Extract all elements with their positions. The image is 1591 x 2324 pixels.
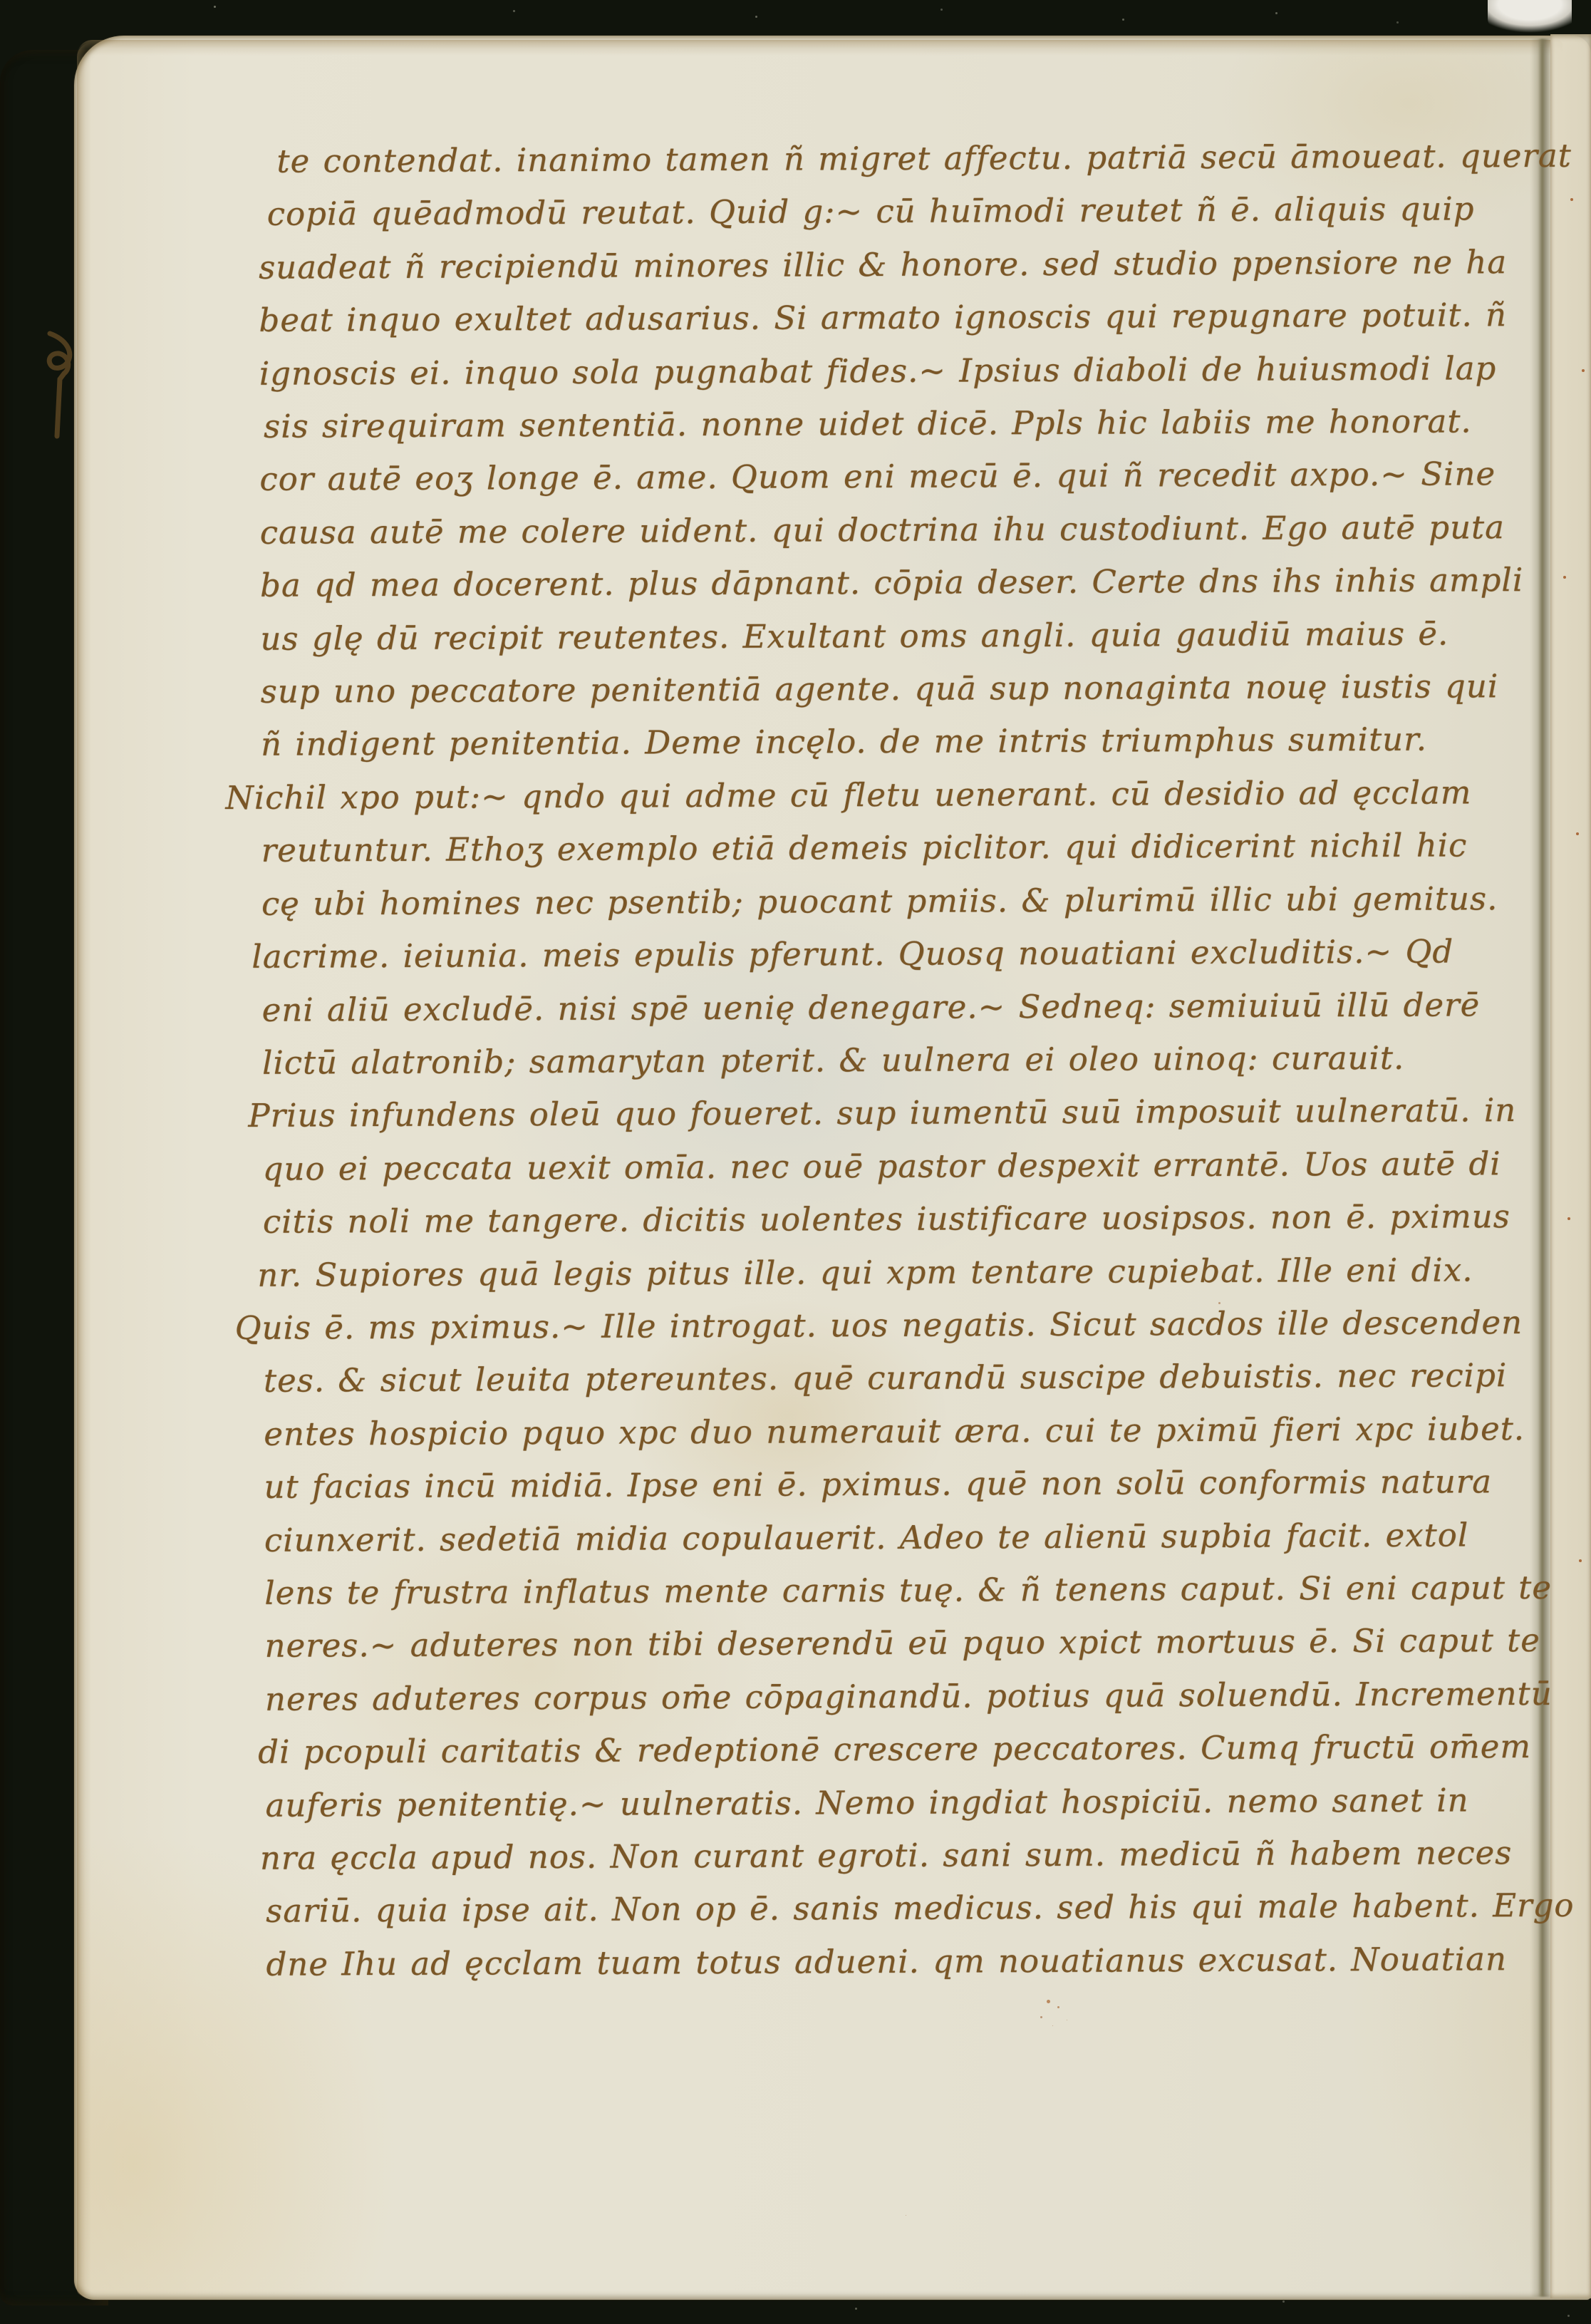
text-line: cor autē eoʒ longe ē. ame. Quom eni mecū… (259, 448, 1478, 507)
manuscript-text-block: te contendat. inanimo tamen ñ migret aff… (258, 130, 1484, 1991)
text-line: nr. Supiores quā legis pitus ille. qui x… (257, 1244, 1481, 1302)
text-line: ba qd mea docerent. plus dāpnant. cōpia … (260, 554, 1478, 613)
text-line: neres.~ aduteres non tibi deserendū eū p… (264, 1615, 1483, 1673)
text-line: entes hospicio pquo xpc duo numerauit ær… (264, 1403, 1482, 1461)
text-lines: te contendat. inanimo tamen ñ migret aff… (258, 130, 1484, 1991)
rust-speck (1567, 1217, 1570, 1220)
text-line: dne Ihu ad ęcclam tuam totus adueni. qm … (266, 1933, 1484, 1991)
text-line: sariū. quia ipse ait. Non op ē. sanis me… (266, 1880, 1484, 1938)
rust-speck (1582, 369, 1585, 372)
fore-edge-crease (1530, 38, 1552, 2297)
text-line: di pcopuli caritatis & redeptionē cresce… (258, 1720, 1483, 1779)
text-line: ignoscis ei. inquo sola pugnabat fides.~… (259, 342, 1478, 401)
rust-speck (1579, 1559, 1582, 1562)
text-line: tes. & sicut leuita ptereuntes. quē cura… (264, 1350, 1482, 1408)
nota-mark-icon (28, 329, 93, 443)
text-line: lacrime. ieiunia. meis epulis pferunt. Q… (252, 925, 1480, 983)
dust-speckles (214, 6, 216, 8)
text-line: neres aduteres corpus om̄e cōpaginandū. … (265, 1668, 1483, 1726)
rust-speck (1563, 576, 1566, 579)
text-line: lictū alatronib; samarytan pterit. & uul… (262, 1031, 1481, 1090)
text-line: auferis penitentię.~ uulneratis. Nemo in… (265, 1774, 1483, 1832)
text-line: cę ubi homines nec psentib; puocant pmii… (261, 872, 1480, 931)
text-line: nra ęccla apud nos. Non curant egroti. s… (260, 1827, 1484, 1885)
text-line: sis sirequiram sententiā. nonne uidet di… (264, 395, 1478, 453)
text-line: ñ indigent penitentia. Deme incęlo. de m… (261, 713, 1479, 772)
adjacent-page-edge (1550, 34, 1591, 2298)
rust-speck (1570, 198, 1573, 201)
text-line: ut facias incū midiā. Ipse eni ē. pximus… (264, 1455, 1482, 1514)
text-line: causa autē me colere uident. qui doctrin… (260, 501, 1478, 559)
ink-speckles (1047, 2000, 1050, 2003)
text-line: suadeat ñ recipiendū minores illic & hon… (259, 236, 1477, 294)
text-line: eni aliū excludē. nisi spē uenię denegar… (262, 978, 1481, 1037)
text-line: Prius infundens oleū quo foueret. sup iu… (248, 1085, 1481, 1143)
text-line: lens te frustra inflatus mente carnis tu… (264, 1561, 1483, 1620)
rust-speck (1576, 832, 1579, 835)
text-line: citis noli me tangere. dicitis uolentes … (263, 1190, 1481, 1249)
text-line: Quis ē. ms pximus.~ Ille introgat. uos n… (234, 1296, 1481, 1355)
page-top-edge-rim (77, 40, 1563, 56)
text-line: us glę dū recipit reutentes. Exultant om… (260, 607, 1478, 666)
text-line: ciunxerit. sedetiā midia copulauerit. Ad… (264, 1509, 1483, 1567)
text-line: te contendat. inanimo tamen ñ migret aff… (276, 130, 1476, 188)
text-line: copiā quēadmodū reutat. Quid g:~ cū huīm… (267, 183, 1477, 242)
text-line: quo ei peccata uexit omīa. nec ouē pasto… (262, 1137, 1481, 1196)
text-line: reutuntur. Ethoʒ exemplo etiā demeis pic… (261, 820, 1480, 878)
text-line: Nichil xpo put:~ qndo qui adme cū fletu … (225, 766, 1479, 825)
text-line: sup uno peccatore penitentiā agente. quā… (261, 660, 1479, 718)
text-line: beat inquo exultet adusarius. Si armato … (259, 289, 1477, 347)
